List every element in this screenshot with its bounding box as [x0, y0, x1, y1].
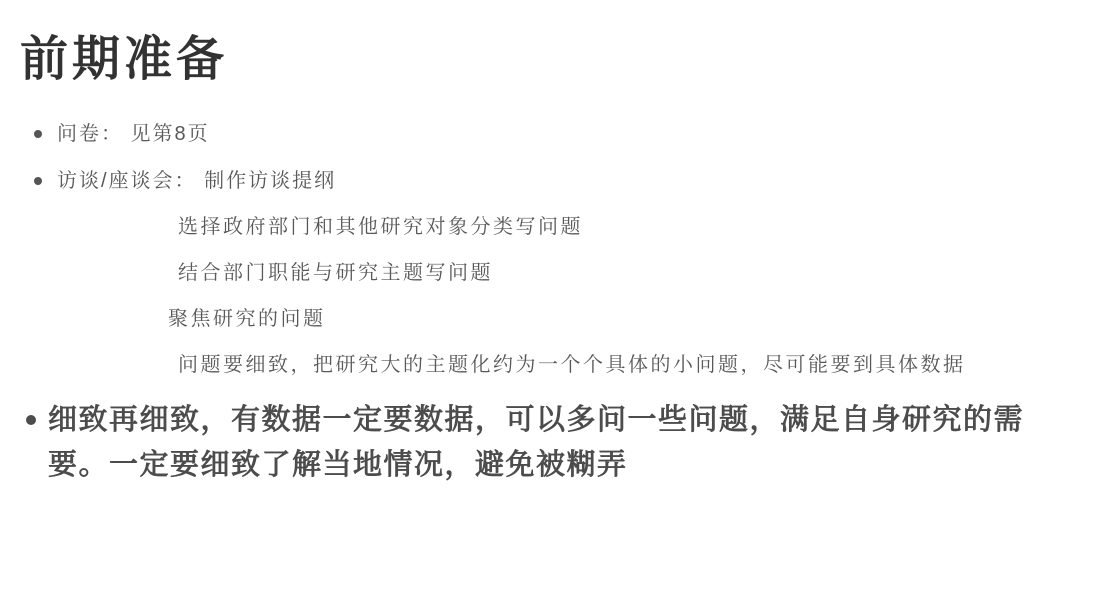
sub-item: 问题要细致，把研究大的主题化约为一个个具体的小问题，尽可能要到具体数据	[178, 353, 966, 377]
bullet-dot-icon	[34, 177, 42, 185]
sub-item: 聚焦研究的问题	[168, 307, 326, 331]
bullet-dot-icon	[26, 415, 36, 425]
bullet-item-label: 问卷： 见第8页	[57, 123, 210, 145]
emphasis-bullet-item: 细致再细致，有数据一定要数据，可以多问一些问题，满足自身研究的需要。一定要细致了…	[26, 398, 1033, 488]
bullet-dot-icon	[34, 130, 42, 138]
emphasis-item-label: 细致再细致，有数据一定要数据，可以多问一些问题，满足自身研究的需要。一定要细致了…	[48, 398, 1033, 488]
sub-item: 结合部门职能与研究主题写问题	[178, 261, 493, 285]
bullet-item-label: 访谈/座谈会： 制作访谈提纲	[57, 170, 336, 192]
slide-page: 前期准备 问卷： 见第8页 访谈/座谈会： 制作访谈提纲 选择政府部门和其他研究…	[0, 0, 1100, 610]
bullet-item-questionnaire: 问卷： 见第8页	[34, 123, 210, 145]
bullet-item-interview: 访谈/座谈会： 制作访谈提纲	[34, 170, 336, 192]
page-title: 前期准备	[20, 32, 228, 87]
sub-item: 选择政府部门和其他研究对象分类写问题	[178, 215, 583, 239]
